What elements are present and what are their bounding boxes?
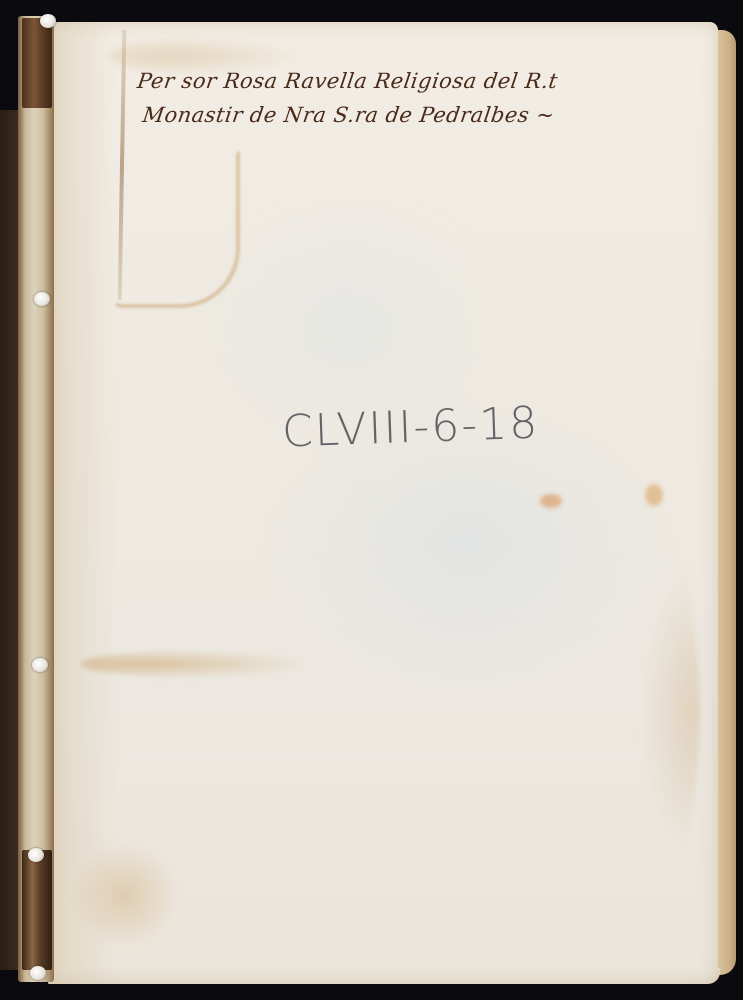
manuscript-page [48, 22, 718, 984]
gutter-shade [48, 22, 118, 984]
spine-damage-bottom [22, 850, 52, 970]
inscription-line-1: Per sor Rosa Ravella Religiosa del R.t [135, 66, 699, 98]
scan-scene: Per sor Rosa Ravella Religiosa del R.t M… [0, 0, 743, 1000]
shelfmark: CLVIII-6-18 [281, 398, 540, 458]
binding-tack-icon [32, 658, 48, 672]
binding-tack-icon [34, 292, 50, 306]
binding-tack-icon [40, 14, 56, 28]
binding-tack-icon [30, 966, 46, 980]
inscription-line-2: Monastir de Nra S.ra de Pedralbes ~ [130, 100, 694, 132]
book-spine [18, 16, 54, 982]
binding-tack-icon [28, 848, 44, 862]
spine-damage-top [22, 18, 52, 108]
ownership-inscription: Per sor Rosa Ravella Religiosa del R.t M… [130, 66, 699, 131]
